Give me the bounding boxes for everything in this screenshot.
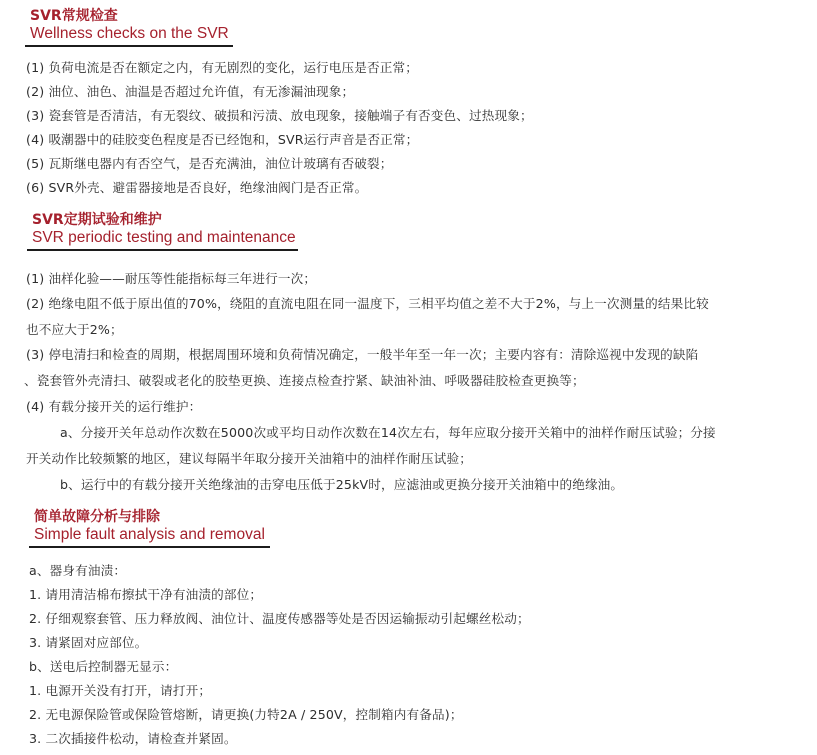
list-item: 1. 请用清洁棉布擦拭干净有油渍的部位； bbox=[29, 586, 262, 604]
section-underline bbox=[25, 45, 233, 47]
section-underline bbox=[29, 546, 270, 548]
sub-item-continuation: 开关动作比较频繁的地区，建议每隔半年取分接开关油箱中的油样作耐压试验； bbox=[26, 450, 472, 468]
list-item: 3. 二次插接件松动，请检查并紧固。 bbox=[29, 730, 237, 748]
list-item: (3) 停电清扫和检查的周期，根据周围环境和负荷情况确定，一般半年至一年一次；主… bbox=[26, 346, 698, 364]
section-title-en: SVR periodic testing and maintenance bbox=[32, 229, 296, 247]
section-underline bbox=[27, 249, 298, 251]
list-item: (3) 瓷套管是否清洁，有无裂纹、破损和污渍、放电现象，接触端子有否变色、过热现… bbox=[26, 107, 533, 125]
list-item: 1. 电源开关没有打开，请打开； bbox=[29, 682, 211, 700]
list-item: a、器身有油渍： bbox=[29, 562, 126, 580]
section-title-cn: SVR定期试验和维护 bbox=[32, 212, 162, 228]
list-item-continuation: 、瓷套管外壳清扫、破裂或老化的胶垫更换、连接点检查拧紧、缺油补油、呼吸器硅胶检查… bbox=[24, 372, 585, 390]
list-item-continuation: 也不应大于2%； bbox=[26, 321, 123, 339]
document-page: SVR常规检查 Wellness checks on the SVR (1) 负… bbox=[0, 0, 817, 755]
section-title-en: Simple fault analysis and removal bbox=[34, 526, 265, 544]
list-item: (6) SVR外壳、避雷器接地是否良好，绝缘油阀门是否正常。 bbox=[26, 179, 367, 197]
list-item: 2. 无电源保险管或保险管熔断，请更换(力特2A / 250V，控制箱内有备品)… bbox=[29, 706, 463, 724]
list-item: (2) 绝缘电阻不低于原出值的70%，绕阻的直流电阻在同一温度下，三相平均值之差… bbox=[26, 295, 709, 313]
section-title-en: Wellness checks on the SVR bbox=[30, 25, 229, 43]
list-item: 2. 仔细观察套管、压力释放阀、油位计、温度传感器等处是否因运输振动引起螺丝松动… bbox=[29, 610, 530, 628]
section-title-cn: SVR常规检查 bbox=[30, 8, 118, 24]
list-item: (4) 有载分接开关的运行维护： bbox=[26, 398, 201, 416]
sub-item: b、运行中的有载分接开关绝缘油的击穿电压低于25kV时，应滤油或更换分接开关油箱… bbox=[60, 476, 623, 494]
list-item: (1) 油样化验——耐压等性能指标每三年进行一次； bbox=[26, 270, 316, 288]
list-item: (5) 瓦斯继电器内有否空气，是否充满油，油位计玻璃有否破裂； bbox=[26, 155, 393, 173]
list-item: 3. 请紧固对应部位。 bbox=[29, 634, 147, 652]
list-item: (1) 负荷电流是否在额定之内，有无剧烈的变化，运行电压是否正常； bbox=[26, 59, 418, 77]
section-title-cn: 简单故障分析与排除 bbox=[34, 509, 160, 525]
list-item: (4) 吸潮器中的硅胶变色程度是否已经饱和，SVR运行声音是否正常； bbox=[26, 131, 418, 149]
sub-item: a、分接开关年总动作次数在5000次或平均日动作次数在14次左右，每年应取分接开… bbox=[60, 424, 716, 442]
list-item: b、送电后控制器无显示： bbox=[29, 658, 177, 676]
list-item: (2) 油位、油色、油温是否超过允许值，有无渗漏油现象； bbox=[26, 83, 354, 101]
